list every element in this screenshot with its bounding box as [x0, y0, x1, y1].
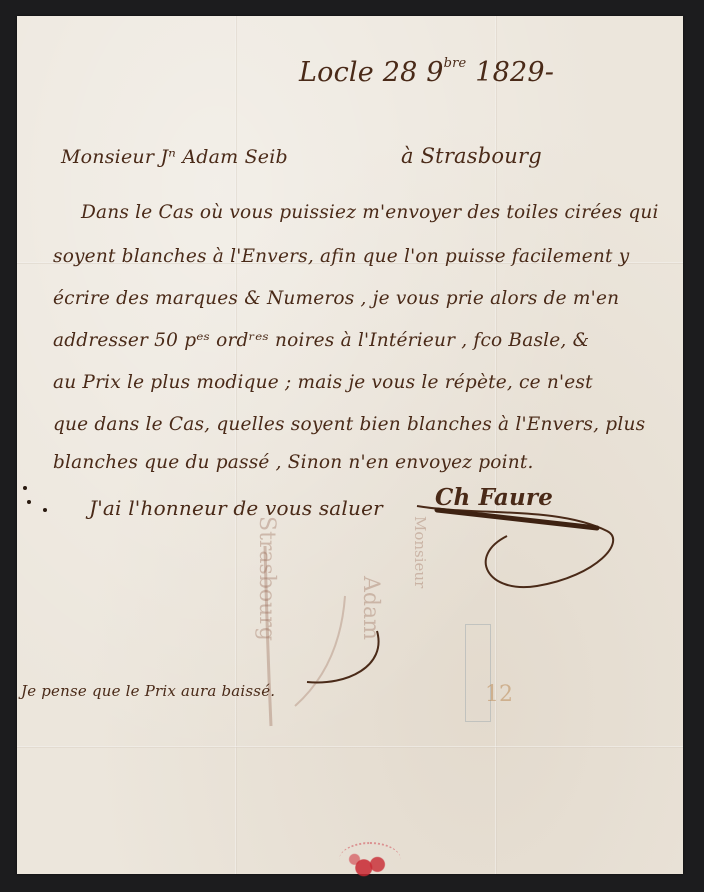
body-line: soyent blanches à l'Envers, afin que l'o… [53, 246, 629, 267]
place-date: Locle 28 9 [299, 57, 444, 88]
addressee-name: Monsieur Jⁿ Adam Seib [61, 146, 288, 168]
body-line: Dans le Cas où vous puissiez m'envoyer d… [81, 202, 659, 223]
year: 1829- [475, 57, 554, 88]
signature-flourish [397, 476, 637, 606]
body-line: écrire des marques & Numeros , je vous p… [53, 288, 619, 309]
addressee-city: à Strasbourg [401, 144, 542, 168]
body-line: au Prix le plus modique ; mais je vous l… [53, 372, 593, 393]
horizontal-fold-lower [17, 746, 683, 748]
body-line: que dans le Cas, quelles soyent bien bla… [53, 414, 645, 435]
red-postal-stamp [339, 842, 401, 878]
faint-postal-box [465, 624, 491, 722]
postscript-flourish [297, 616, 397, 696]
faint-numeral-marking: 12 [485, 682, 513, 707]
closing-phrase: J'ai l'honneur de vous saluer [89, 496, 383, 520]
postscript: Je pense que le Prix aura baissé. [21, 682, 275, 700]
body-line: blanches que du passé , Sinon n'en envoy… [53, 452, 534, 473]
month-superscript: bre [444, 56, 467, 71]
place-date-line: Locle 28 9bre 1829- [299, 56, 554, 88]
letter-sheet: Strasbourg Monsieur Adam 12 Locle 28 9br… [17, 16, 683, 874]
body-line: addresser 50 pᵉˢ ordʳᵉˢ noires à l'Intér… [53, 330, 589, 351]
